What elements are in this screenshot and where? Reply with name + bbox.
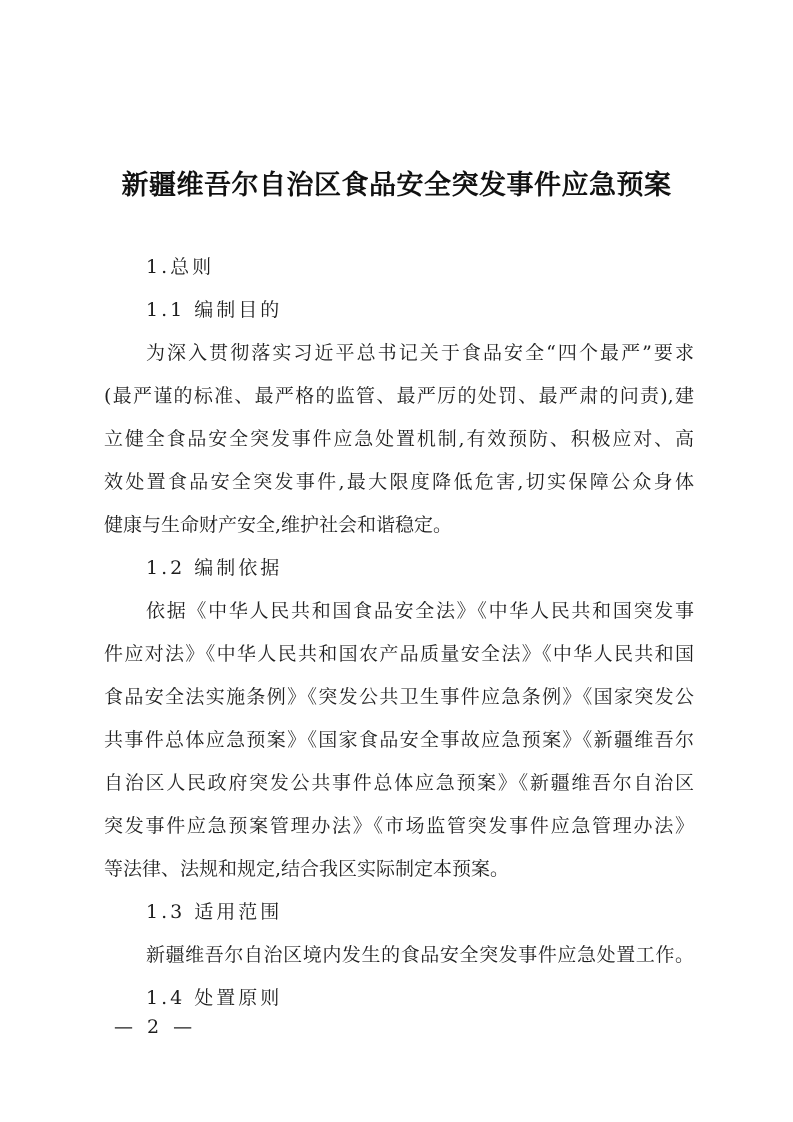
paragraph-line: 效处置食品安全突发事件,最大限度降低危害,切实保障公众身体 [104, 467, 694, 497]
paragraph-line: 自治区人民政府突发公共事件总体应急预案》《新疆维吾尔自治区 [104, 768, 694, 798]
paragraph-line: 依据《中华人民共和国食品安全法》《中华人民共和国突发事 [146, 596, 694, 626]
section-heading-scope: 1.3 适用范围 [146, 897, 282, 927]
paragraph-line: 等法律、法规和规定,结合我区实际制定本预案。 [104, 854, 694, 884]
document-page: 新疆维吾尔自治区食品安全突发事件应急预案 1.总则 1.1 编制目的 为深入贯彻… [0, 0, 793, 1122]
paragraph-line: 件应对法》《中华人民共和国农产品质量安全法》《中华人民共和国 [104, 639, 694, 669]
section-heading-purpose: 1.1 编制目的 [146, 295, 282, 325]
page-number: — 2 — [114, 1012, 196, 1042]
paragraph-line: 突发事件应急预案管理办法》《市场监管突发事件应急管理办法》 [104, 811, 694, 841]
paragraph-line: 食品安全法实施条例》《突发公共卫生事件应急条例》《国家突发公 [104, 682, 694, 712]
paragraph-line: 为深入贯彻落实习近平总书记关于食品安全“四个最严”要求 [146, 338, 694, 368]
paragraph-line: 健康与生命财产安全,维护社会和谐稳定。 [104, 510, 694, 540]
section-heading-principles: 1.4 处置原则 [146, 983, 282, 1013]
section-heading-general: 1.总则 [146, 252, 214, 282]
paragraph-line: 新疆维吾尔自治区境内发生的食品安全突发事件应急处置工作。 [146, 940, 694, 970]
document-title: 新疆维吾尔自治区食品安全突发事件应急预案 [0, 166, 793, 206]
paragraph-line: 共事件总体应急预案》《国家食品安全事故应急预案》《新疆维吾尔 [104, 725, 694, 755]
paragraph-line: (最严谨的标准、最严格的监管、最严厉的处罚、最严肃的问责),建 [104, 381, 694, 411]
paragraph-line: 立健全食品安全突发事件应急处置机制,有效预防、积极应对、高 [104, 424, 694, 454]
section-heading-basis: 1.2 编制依据 [146, 553, 282, 583]
